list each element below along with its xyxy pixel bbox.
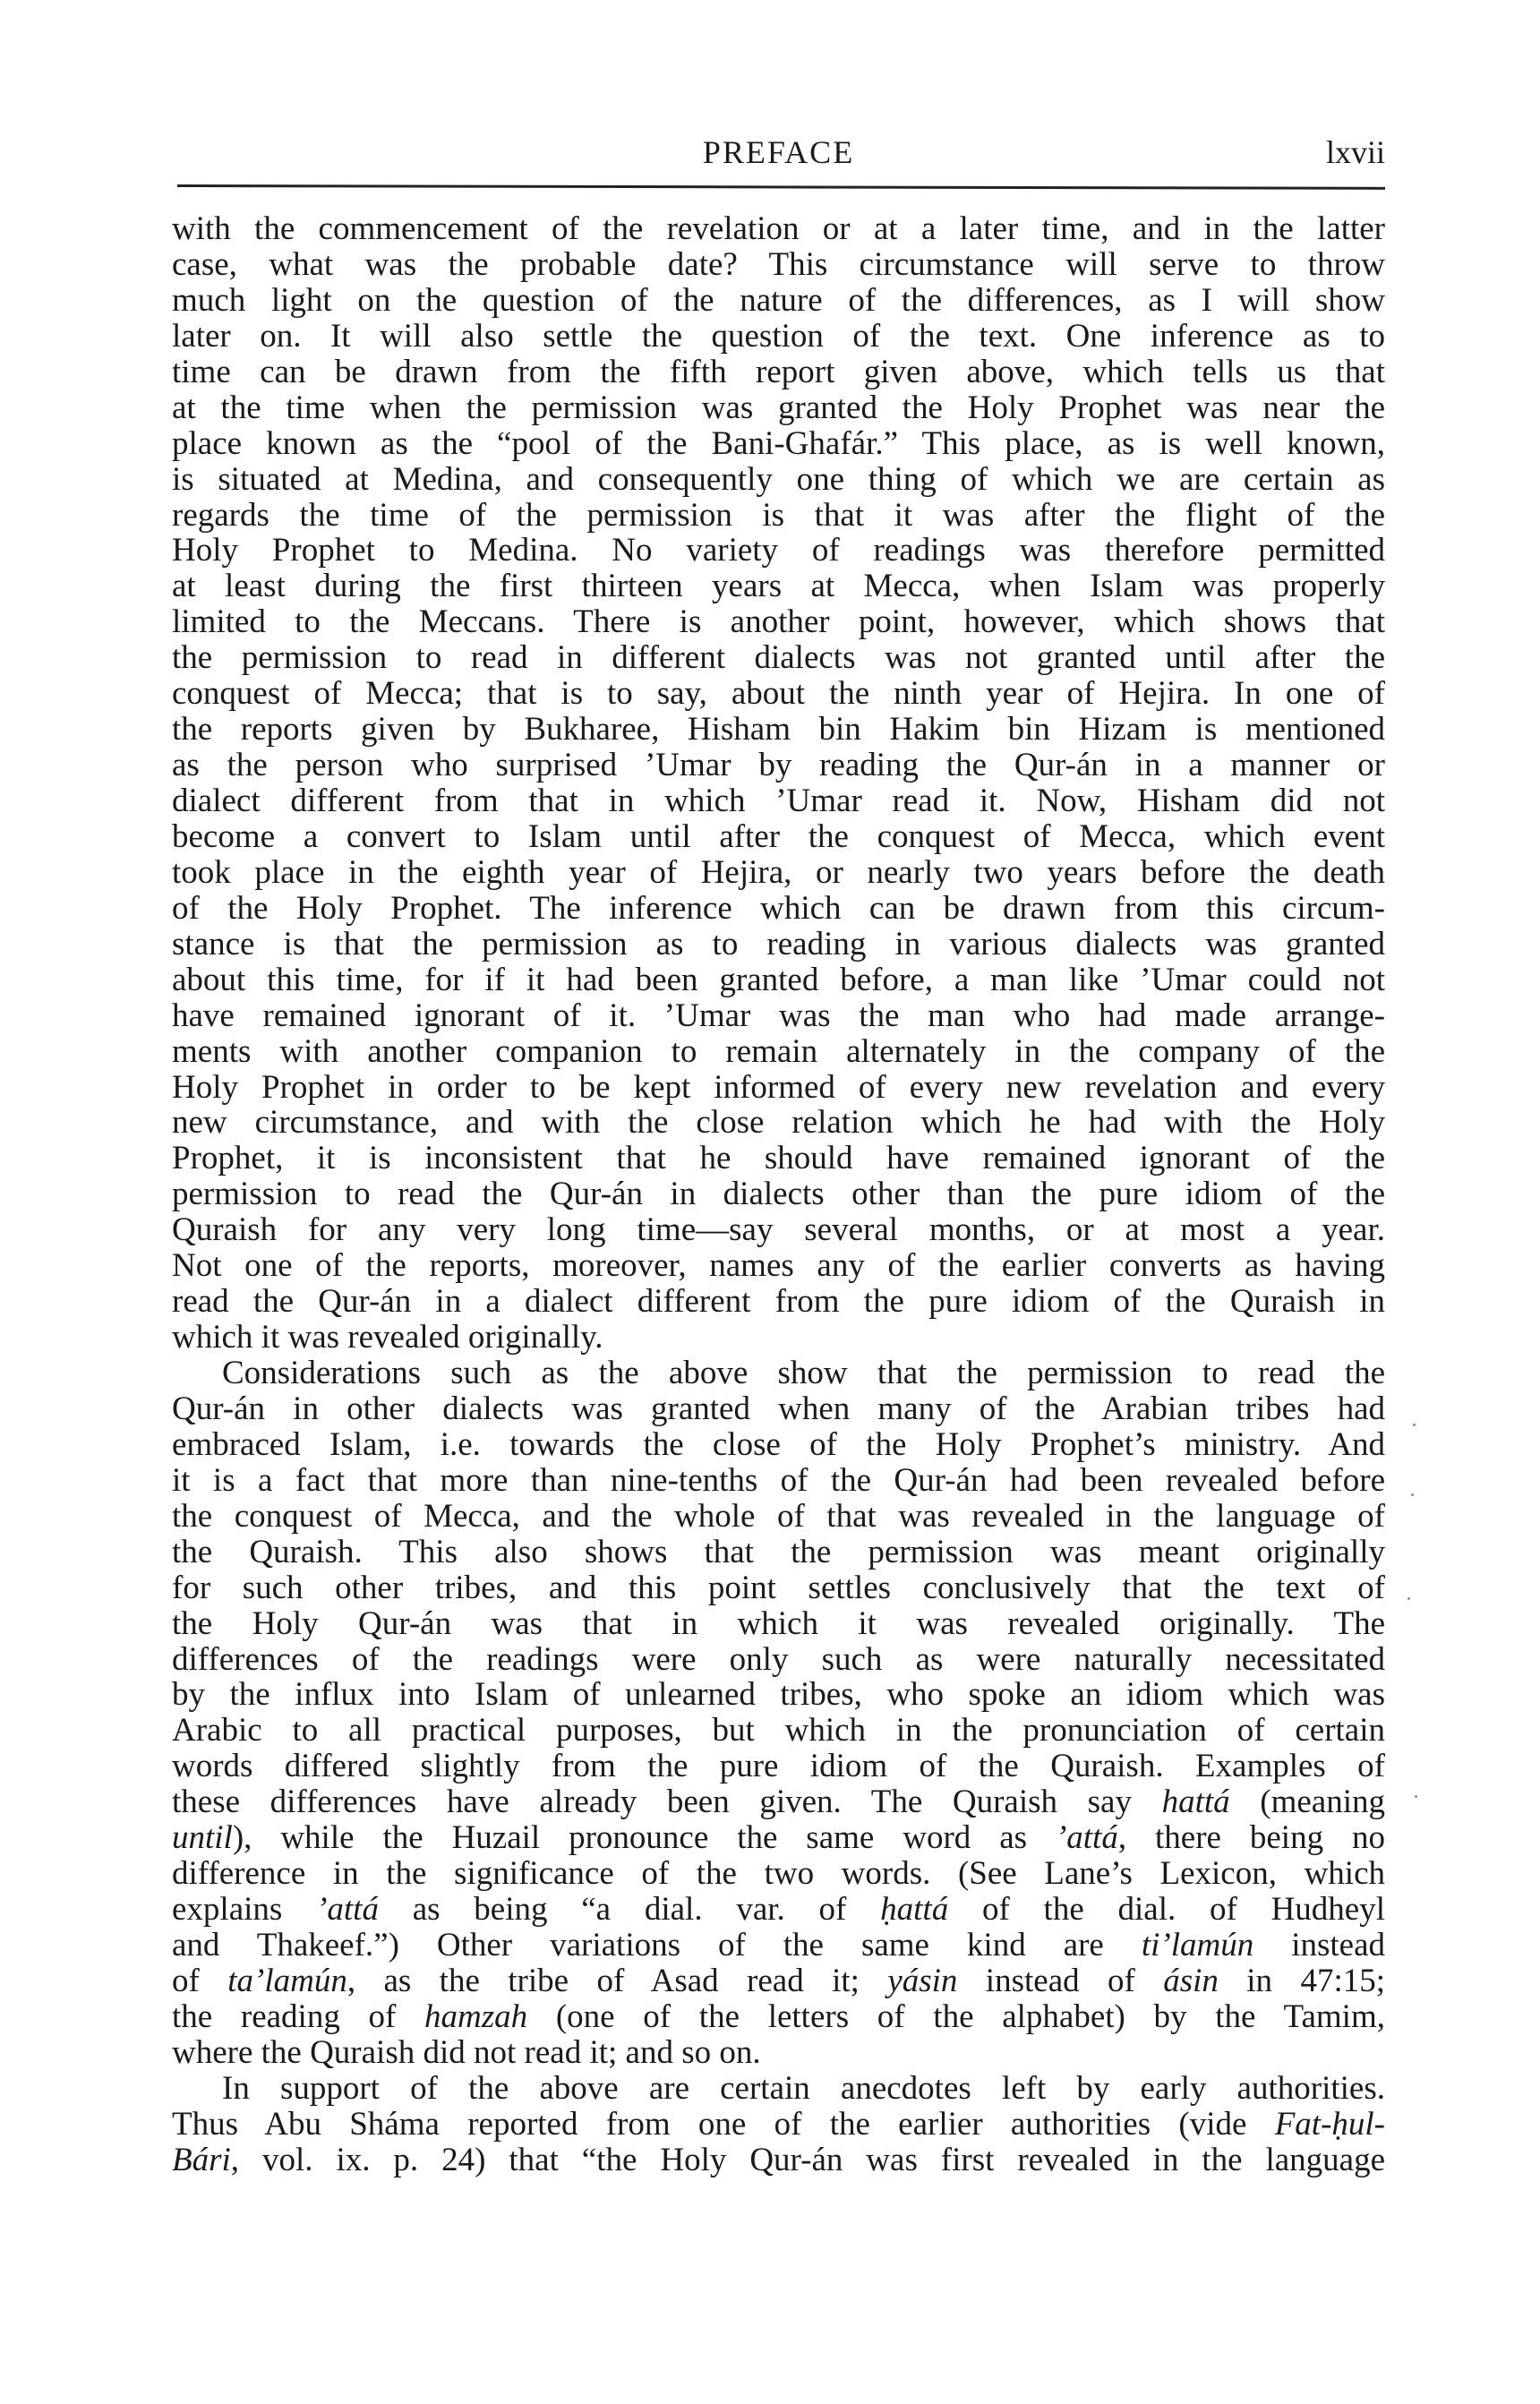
text-line: for such other tribes, and this point se… [172, 1570, 1385, 1606]
text-segment: the permission to read in different dial… [172, 639, 1385, 676]
text-line: Thus Abu Sháma reported from one of the … [172, 2107, 1385, 2143]
text-segment: Prophet, it is inconsistent that he shou… [172, 1140, 1385, 1176]
text-segment: is situated at Medina, and consequently … [172, 461, 1385, 498]
text-segment: instead of [957, 1963, 1163, 1999]
text-segment: differences of the readings were only su… [172, 1641, 1385, 1678]
text-line: Holy Prophet to Medina. No variety of re… [172, 533, 1385, 569]
text-line: dialect different from that in which ’Um… [172, 783, 1385, 819]
running-title: PREFACE [172, 133, 1385, 172]
text-segment: In support of the above are certain anec… [222, 2070, 1385, 2107]
text-line: and Thakeef.”) Other variations of the s… [172, 1928, 1385, 1963]
text-line: Considerations such as the above show th… [172, 1356, 1385, 1391]
text-line: have remained ignorant of it. ’Umar was … [172, 998, 1385, 1034]
text-segment: ments with another companion to remain a… [172, 1033, 1385, 1070]
text-segment: with the commencement of the revelation … [172, 210, 1385, 247]
italic-term: ’attá [316, 1891, 379, 1928]
text-segment: which it was revealed originally. [172, 1319, 603, 1356]
text-line: with the commencement of the revelation … [172, 211, 1385, 247]
running-head: PREFACE lxvii [172, 133, 1385, 172]
text-segment: Holy Prophet to Medina. No variety of re… [172, 532, 1385, 569]
text-segment: later on. It will also settle the questi… [172, 318, 1385, 355]
text-line: the permission to read in different dial… [172, 640, 1385, 676]
text-segment: Quraish for any very long time—say sever… [172, 1211, 1385, 1248]
text-segment: in 47:15; [1219, 1963, 1385, 1999]
text-segment: limited to the Meccans. There is another… [172, 603, 1385, 640]
text-segment: dialect different from that in which ’Um… [172, 783, 1385, 819]
text-line: read the Qur-án in a dialect different f… [172, 1284, 1385, 1320]
text-line: the conquest of Mecca, and the whole of … [172, 1499, 1385, 1535]
italic-term: ti’lamún [1142, 1927, 1253, 1963]
text-line: words differed slightly from the pure id… [172, 1749, 1385, 1784]
italic-term: yásin [887, 1963, 957, 1999]
text-segment: words differed slightly from the pure id… [172, 1748, 1385, 1784]
text-segment: of the dial. of Hudheyl [948, 1891, 1385, 1928]
text-segment: become a convert to Islam until after th… [172, 818, 1385, 855]
italic-term: until [172, 1819, 233, 1856]
italic-term: Fat-ḥul- [1275, 2106, 1385, 2143]
text-line: Qur-án in other dialects was granted whe… [172, 1391, 1385, 1427]
italic-term: hattá [1162, 1784, 1230, 1820]
text-line: Arabic to all practical purposes, but wh… [172, 1713, 1385, 1749]
text-line: much light on the question of the nature… [172, 283, 1385, 319]
text-line: explains ’attá as being “a dial. var. of… [172, 1892, 1385, 1928]
text-segment: conquest of Mecca; that is to say, about… [172, 675, 1385, 712]
text-segment: (meaning [1230, 1784, 1385, 1820]
text-segment: explains [172, 1891, 316, 1928]
text-line: it is a fact that more than nine-tenths … [172, 1463, 1385, 1499]
text-segment: , as the tribe of Asad read it; [347, 1963, 887, 1999]
text-segment: at the time when the permission was gran… [172, 389, 1385, 426]
text-segment: difference in the significance of the tw… [172, 1855, 1385, 1892]
text-line: these differences have already been give… [172, 1784, 1385, 1820]
text-line: the Holy Qur-án was that in which it was… [172, 1606, 1385, 1642]
italic-term: ḥattá [880, 1891, 948, 1928]
text-line: is situated at Medina, and consequently … [172, 462, 1385, 498]
text-segment: new circumstance, and with the close rel… [172, 1104, 1385, 1141]
italic-term: ta’lamún [227, 1963, 347, 1999]
page-number: lxvii [1326, 133, 1385, 172]
text-line: until), while the Huzail pronounce the s… [172, 1820, 1385, 1856]
text-line: Bári, vol. ix. p. 24) that “the Holy Qur… [172, 2143, 1385, 2178]
text-segment: time can be drawn from the fifth report … [172, 354, 1385, 390]
text-segment: Arabic to all practical purposes, but wh… [172, 1712, 1385, 1749]
text-line: of ta’lamún, as the tribe of Asad read i… [172, 1963, 1385, 1999]
text-segment: it is a fact that more than nine-tenths … [172, 1462, 1385, 1499]
text-segment: regards the time of the permission is th… [172, 497, 1385, 534]
text-line: Quraish for any very long time—say sever… [172, 1212, 1385, 1248]
text-segment: for such other tribes, and this point se… [172, 1570, 1385, 1606]
text-line: regards the time of the permission is th… [172, 498, 1385, 534]
text-segment: the conquest of Mecca, and the whole of … [172, 1498, 1385, 1535]
text-segment: (one of the letters of the alphabet) by … [527, 1998, 1385, 2035]
text-segment: Holy Prophet in order to be kept informe… [172, 1069, 1385, 1106]
text-line: differences of the readings were only su… [172, 1642, 1385, 1678]
text-segment: , there being no [1118, 1819, 1385, 1856]
text-segment: , vol. ix. p. 24) that “the Holy Qur-án … [231, 2142, 1385, 2178]
text-segment: at least during the first thirteen years… [172, 568, 1385, 604]
text-segment: Considerations such as the above show th… [222, 1355, 1385, 1391]
text-line: later on. It will also settle the questi… [172, 319, 1385, 355]
text-line: at the time when the permission was gran… [172, 390, 1385, 426]
text-segment: Qur-án in other dialects was granted whe… [172, 1390, 1385, 1427]
text-line: the reading of hamzah (one of the letter… [172, 1999, 1385, 2035]
header-rule [177, 184, 1385, 190]
text-segment: place known as the “pool of the Bani-Gha… [172, 425, 1385, 462]
text-segment: of the Holy Prophet. The inference which… [172, 890, 1385, 927]
text-line: In support of the above are certain anec… [172, 2071, 1385, 2107]
text-line: Not one of the reports, moreover, names … [172, 1248, 1385, 1284]
text-segment: instead [1253, 1927, 1385, 1963]
text-segment: much light on the question of the nature… [172, 282, 1385, 319]
text-line: took place in the eighth year of Hejira,… [172, 855, 1385, 891]
text-line: Prophet, it is inconsistent that he shou… [172, 1141, 1385, 1176]
text-segment: the Holy Qur-án was that in which it was… [172, 1605, 1385, 1642]
text-segment: took place in the eighth year of Hejira,… [172, 854, 1385, 891]
italic-term: ásin [1163, 1963, 1219, 1999]
italic-term: hamzah [424, 1998, 527, 2035]
italic-term: ’attá [1056, 1819, 1118, 1856]
text-line: new circumstance, and with the close rel… [172, 1105, 1385, 1141]
text-segment: of [172, 1963, 227, 1999]
text-line: become a convert to Islam until after th… [172, 819, 1385, 855]
text-line: Holy Prophet in order to be kept informe… [172, 1070, 1385, 1106]
text-line: permission to read the Qur-án in dialect… [172, 1176, 1385, 1212]
text-segment: permission to read the Qur-án in dialect… [172, 1176, 1385, 1212]
text-segment: Not one of the reports, moreover, names … [172, 1247, 1385, 1284]
text-segment: the reading of [172, 1998, 424, 2035]
text-segment: and Thakeef.”) Other variations of the s… [172, 1927, 1142, 1963]
text-segment: where the Quraish did not read it; and s… [172, 2034, 761, 2071]
text-line: which it was revealed originally. [172, 1320, 1385, 1356]
text-segment: case, what was the probable date? This c… [172, 246, 1385, 283]
text-segment: read the Qur-án in a dialect different f… [172, 1283, 1385, 1320]
text-segment: have remained ignorant of it. ’Umar was … [172, 997, 1385, 1034]
text-segment: the reports given by Bukharee, Hisham bi… [172, 711, 1385, 748]
text-line: as the person who surprised ’Umar by rea… [172, 748, 1385, 783]
body-text: with the commencement of the revelation … [172, 211, 1385, 2178]
text-line: conquest of Mecca; that is to say, about… [172, 676, 1385, 712]
text-line: time can be drawn from the fifth report … [172, 355, 1385, 390]
text-segment: the Quraish. This also shows that the pe… [172, 1534, 1385, 1570]
text-segment: embraced Islam, i.e. towards the close o… [172, 1426, 1385, 1463]
text-line: difference in the significance of the tw… [172, 1856, 1385, 1892]
text-line: place known as the “pool of the Bani-Gha… [172, 426, 1385, 462]
text-line: embraced Islam, i.e. towards the close o… [172, 1427, 1385, 1463]
text-line: case, what was the probable date? This c… [172, 247, 1385, 283]
text-segment: by the influx into Islam of unlearned tr… [172, 1676, 1385, 1713]
italic-term: Bári [172, 2142, 231, 2178]
text-segment: as the person who surprised ’Umar by rea… [172, 747, 1385, 783]
text-line: the reports given by Bukharee, Hisham bi… [172, 712, 1385, 748]
text-segment: about this time, for if it had been gran… [172, 962, 1385, 998]
text-segment: Thus Abu Sháma reported from one of the … [172, 2106, 1275, 2143]
text-segment: as being “a dial. var. of [379, 1891, 880, 1928]
text-line: at least during the first thirteen years… [172, 569, 1385, 604]
text-line: ments with another companion to remain a… [172, 1034, 1385, 1070]
text-segment: ), while the Huzail pronounce the same w… [233, 1819, 1056, 1856]
text-line: the Quraish. This also shows that the pe… [172, 1535, 1385, 1570]
text-line: of the Holy Prophet. The inference which… [172, 891, 1385, 927]
text-line: stance is that the permission as to read… [172, 927, 1385, 962]
text-line: where the Quraish did not read it; and s… [172, 2035, 1385, 2071]
text-segment: these differences have already been give… [172, 1784, 1162, 1820]
text-line: about this time, for if it had been gran… [172, 962, 1385, 998]
text-line: limited to the Meccans. There is another… [172, 604, 1385, 640]
text-segment: stance is that the permission as to read… [172, 926, 1385, 962]
text-line: by the influx into Islam of unlearned tr… [172, 1677, 1385, 1713]
